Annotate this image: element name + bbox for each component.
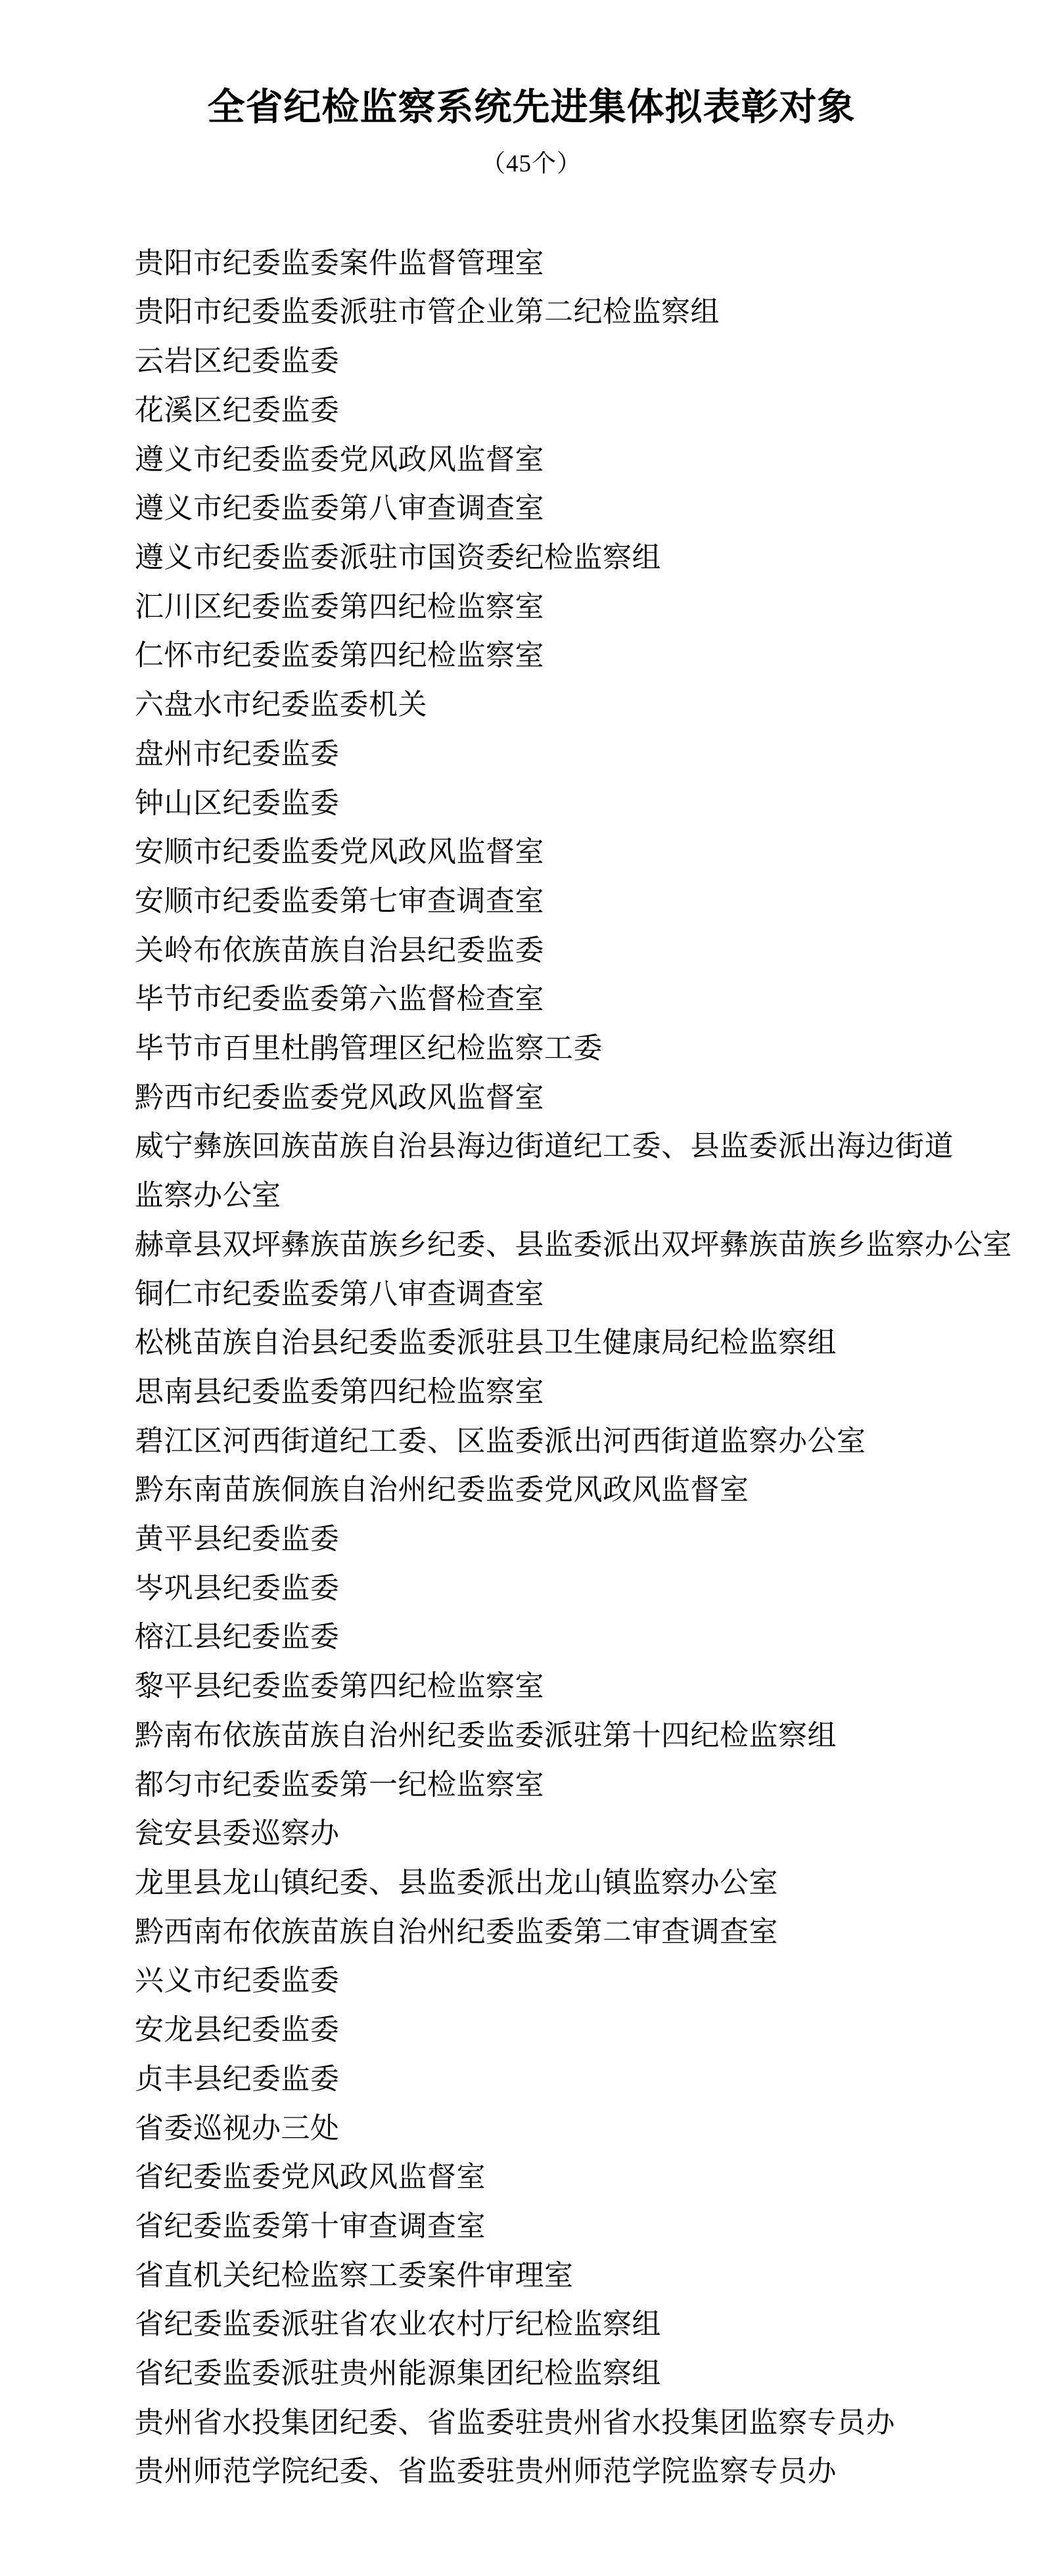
list-item: 安龙县纪委监委: [135, 2006, 928, 2055]
list-item: 遵义市纪委监委第八审查调查室: [135, 484, 928, 533]
list-item: 黔南布依族苗族自治州纪委监委派驻第十四纪检监察组: [135, 1711, 928, 1761]
list-item: 汇川区纪委监委第四纪检监察室: [135, 583, 928, 632]
list-item: 毕节市纪委监委第六监督检查室: [135, 975, 928, 1024]
list-item: 省纪委监委党风政风监督室: [135, 2153, 928, 2202]
list-item: 贞丰县纪委监委: [135, 2055, 928, 2104]
list-item: 铜仁市纪委监委第八审查调查室: [135, 1270, 928, 1319]
list-item: 仁怀市纪委监委第四纪检监察室: [135, 631, 928, 681]
page-subtitle: （45个）: [135, 150, 928, 179]
list-item: 安顺市纪委监委党风政风监督室: [135, 828, 928, 877]
list-item: 花溪区纪委监委: [135, 386, 928, 436]
list-item: 遵义市纪委监委党风政风监督室: [135, 436, 928, 485]
list-item: 关岭布依族苗族自治县纪委监委: [135, 926, 928, 976]
list-item: 云岩区纪委监委: [135, 337, 928, 386]
list-item: 瓮安县委巡察办: [135, 1809, 928, 1859]
list-item: 省纪委监委派驻省农业农村厅纪检监察组: [135, 2300, 928, 2349]
list-item: 贵阳市纪委监委派驻市管企业第二纪检监察组: [135, 288, 928, 337]
list-item: 盘州市纪委监委: [135, 730, 928, 779]
list-item: 六盘水市纪委监委机关: [135, 681, 928, 730]
list-item: 贵州师范学院纪委、省监委驻贵州师范学院监察专员办: [135, 2447, 928, 2497]
list-item: 兴义市纪委监委: [135, 1956, 928, 2006]
list-item: 省委巡视办三处: [135, 2104, 928, 2154]
list-item: 都匀市纪委监委第一纪检监察室: [135, 1761, 928, 1810]
list-item: 黎平县纪委监委第四纪检监察室: [135, 1662, 928, 1711]
list-item: 松桃苗族自治县纪委监委派驻县卫生健康局纪检监察组: [135, 1319, 928, 1368]
list-item: 黔东南苗族侗族自治州纪委监委党风政风监督室: [135, 1466, 928, 1515]
list-item: 黄平县纪委监委: [135, 1515, 928, 1564]
list-item: 遵义市纪委监委派驻市国资委纪检监察组: [135, 533, 928, 583]
list-item: 贵州省水投集团纪委、省监委驻贵州省水投集团监察专员办: [135, 2399, 928, 2448]
list-item: 贵阳市纪委监委案件监督管理室: [135, 239, 928, 288]
list-item: 安顺市纪委监委第七审查调查室: [135, 877, 928, 926]
page-title: 全省纪检监察系统先进集体拟表彰对象: [135, 85, 928, 130]
document-page: 全省纪检监察系统先进集体拟表彰对象 （45个） 贵阳市纪委监委案件监督管理室贵阳…: [0, 0, 1043, 2576]
list-item: 省直机关纪检监察工委案件审理室: [135, 2251, 928, 2301]
list-item: 岑巩县纪委监委: [135, 1564, 928, 1614]
list-item: 榕江县纪委监委: [135, 1613, 928, 1662]
list-item: 黔西南布依族苗族自治州纪委监委第二审查调查室: [135, 1908, 928, 1957]
list-item: 龙里县龙山镇纪委、县监委派出龙山镇监察办公室: [135, 1859, 928, 1908]
award-list: 贵阳市纪委监委案件监督管理室贵阳市纪委监委派驻市管企业第二纪检监察组云岩区纪委监…: [135, 239, 928, 2497]
list-item: 黔西市纪委监委党风政风监督室: [135, 1073, 928, 1123]
list-item: 毕节市百里杜鹃管理区纪检监察工委: [135, 1024, 928, 1073]
list-item: 威宁彝族回族苗族自治县海边街道纪工委、县监委派出海边街道 监察办公室: [135, 1122, 928, 1220]
list-item: 钟山区纪委监委: [135, 779, 928, 828]
list-item: 思南县纪委监委第四纪检监察室: [135, 1368, 928, 1417]
list-item: 省纪委监委第十审查调查室: [135, 2202, 928, 2251]
list-item: 省纪委监委派驻贵州能源集团纪检监察组: [135, 2349, 928, 2399]
list-item: 赫章县双坪彝族苗族乡纪委、县监委派出双坪彝族苗族乡监察办公室: [135, 1221, 928, 1270]
list-item: 碧江区河西街道纪工委、区监委派出河西街道监察办公室: [135, 1417, 928, 1466]
